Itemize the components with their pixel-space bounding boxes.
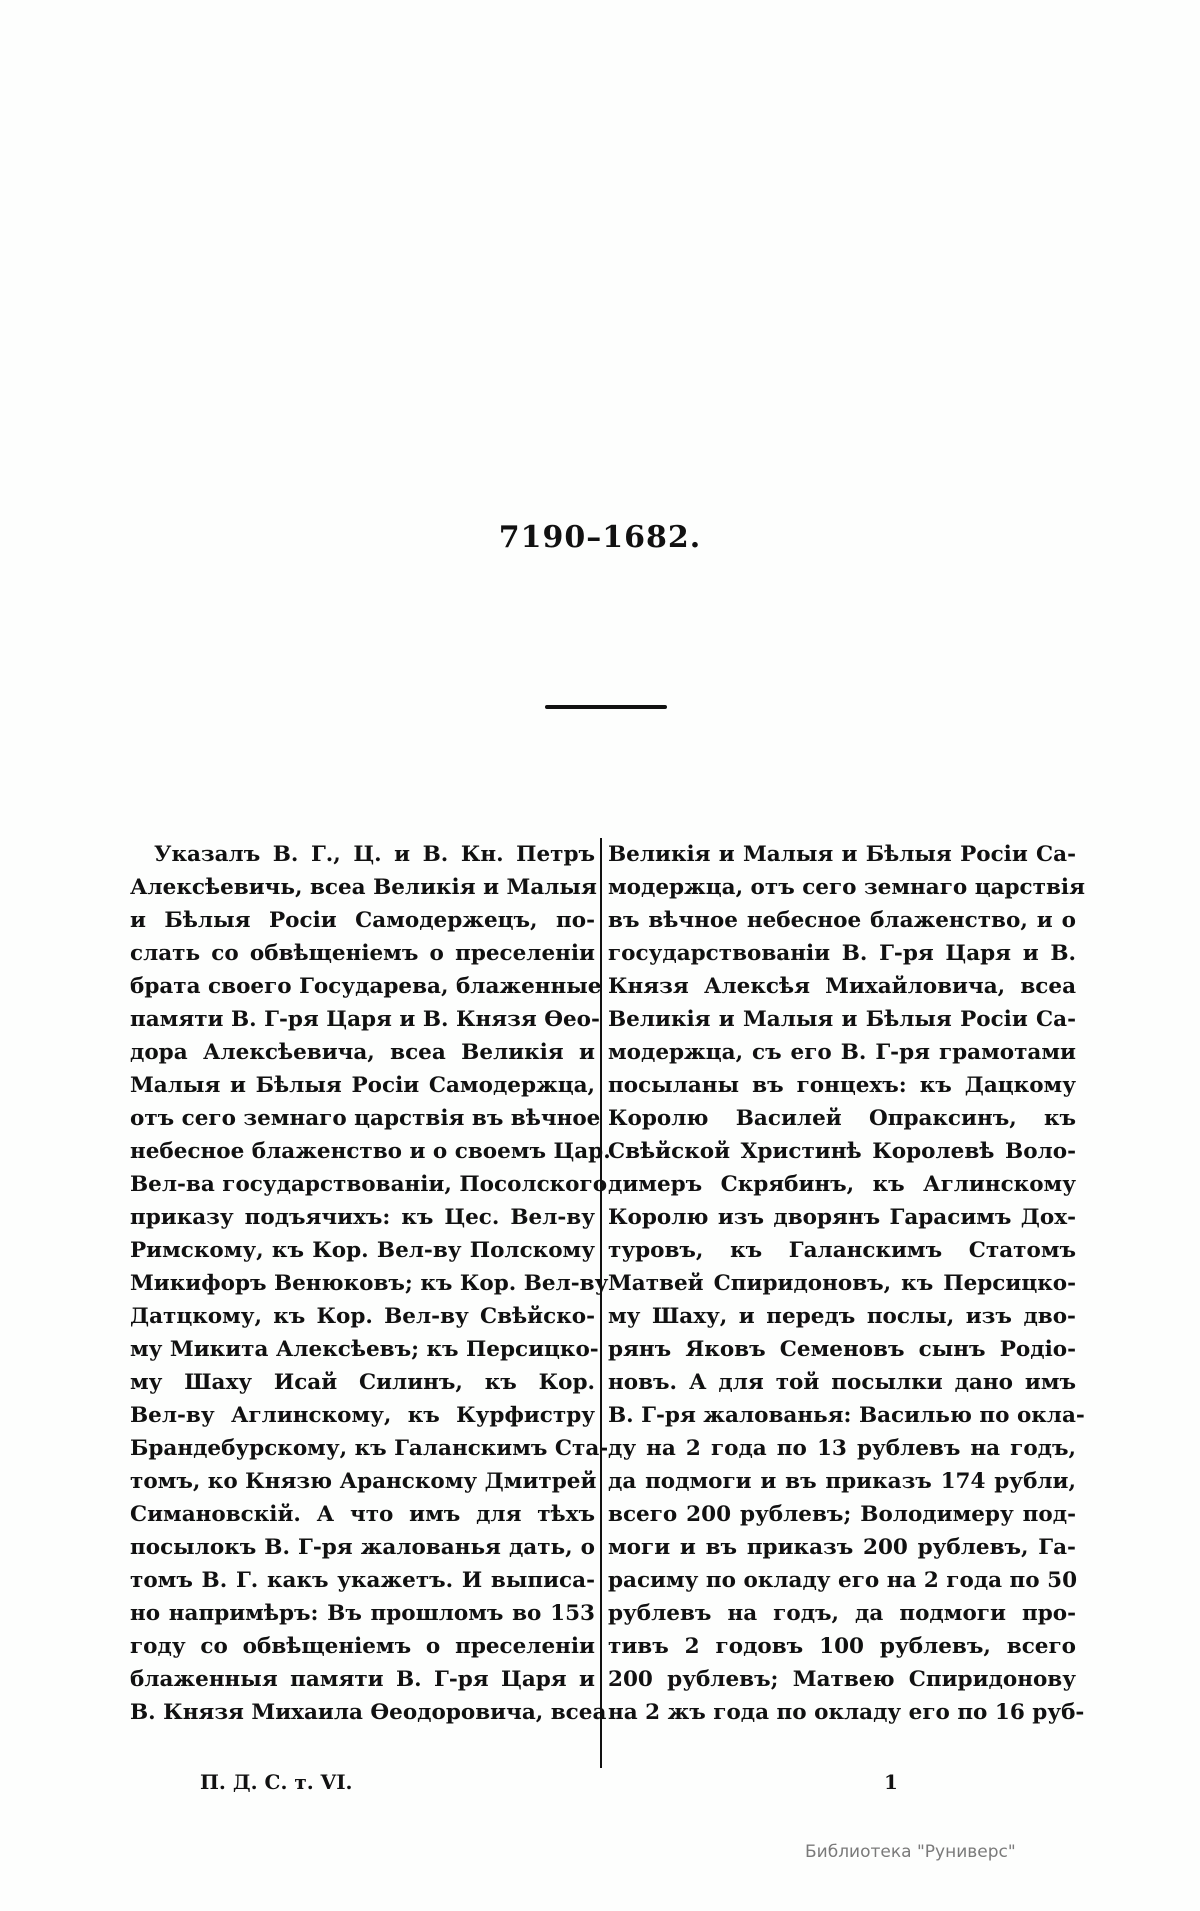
text-line: отъ сего земнаго царствія въ вѣчное <box>130 1102 595 1135</box>
text-line: Вел-ву Аглинскому, къ Курфистру <box>130 1399 595 1432</box>
text-line: посылокъ В. Г-ря жалованья дать, о <box>130 1531 595 1564</box>
text-line: Великія и Малыя и Бѣлыя Росіи Са- <box>608 1003 1076 1036</box>
text-line: небесное блаженство и о своемъ Цар. <box>130 1135 595 1168</box>
text-line: на 2 жъ года по окладу его по 16 руб- <box>608 1696 1076 1729</box>
text-line: всего 200 рублевъ; Володимеру под- <box>608 1498 1076 1531</box>
text-line: му Шаху Исай Силинъ, къ Кор. <box>130 1366 595 1399</box>
text-line: новъ. А для той посылки дано имъ <box>608 1366 1076 1399</box>
text-line: въ вѣчное небесное блаженство, и о <box>608 904 1076 937</box>
text-line: Великія и Малыя и Бѣлыя Росіи Са- <box>608 838 1076 871</box>
text-line: В. Князя Михаила Ѳеодоровича, всеа <box>130 1696 595 1729</box>
text-line: му Шаху, и передъ послы, изъ дво- <box>608 1300 1076 1333</box>
text-line: Указалъ В. Г., Ц. и В. Кн. Петръ <box>130 838 595 871</box>
text-line: Микифоръ Венюковъ; къ Кор. Вел-ву <box>130 1267 595 1300</box>
text-line: томъ, ко Князю Аранскому Дмитрей <box>130 1465 595 1498</box>
right-column: Великія и Малыя и Бѣлыя Росіи Са- модерж… <box>608 838 1076 1729</box>
footer-signature: П. Д. С. т. VI. <box>200 1770 353 1794</box>
text-line: В. Г-ря жалованья: Василью по окла- <box>608 1399 1076 1432</box>
text-line: моги и въ приказъ 200 рублевъ, Га- <box>608 1531 1076 1564</box>
text-line: томъ В. Г. какъ укажетъ. И выписа- <box>130 1564 595 1597</box>
text-line: Вел-ва государствованіи, Посолского <box>130 1168 595 1201</box>
text-line: Князя Алексѣя Михайловича, всеа <box>608 970 1076 1003</box>
text-line: брата своего Государева, блаженные <box>130 970 595 1003</box>
library-watermark: Библиотека "Руниверс" <box>805 1842 1016 1862</box>
text-line: модержца, отъ сего земнаго царствія <box>608 871 1076 904</box>
text-line: но напримѣръ: Въ прошломъ во 153 <box>130 1597 595 1630</box>
text-line: году со обвѣщеніемъ о преселеніи <box>130 1630 595 1663</box>
text-line: димеръ Скрябинъ, къ Аглинскому <box>608 1168 1076 1201</box>
text-line: слать со обвѣщеніемъ о преселеніи <box>130 937 595 970</box>
text-line: дора Алексѣевича, всеа Великія и <box>130 1036 595 1069</box>
text-line: Брандебурскому, къ Галанскимъ Ста- <box>130 1432 595 1465</box>
text-line: тивъ 2 годовъ 100 рублевъ, всего <box>608 1630 1076 1663</box>
text-line: Симановскій. А что имъ для тѣхъ <box>130 1498 595 1531</box>
text-line: Королю изъ дворянъ Гарасимъ Дох- <box>608 1201 1076 1234</box>
column-divider <box>600 838 602 1768</box>
text-line: памяти В. Г-ря Царя и В. Князя Ѳео- <box>130 1003 595 1036</box>
text-line: Алексѣевичь, всеа Великія и Малыя <box>130 871 595 904</box>
title-rule <box>545 705 667 709</box>
text-line: расиму по окладу его на 2 года по 50 <box>608 1564 1076 1597</box>
text-line: Датцкому, къ Кор. Вел-ву Свѣйско- <box>130 1300 595 1333</box>
text-line: Малыя и Бѣлыя Росіи Самодержца, <box>130 1069 595 1102</box>
left-column: Указалъ В. Г., Ц. и В. Кн. Петръ Алексѣе… <box>130 838 595 1729</box>
text-line: да подмоги и въ приказъ 174 рубли, <box>608 1465 1076 1498</box>
text-line: приказу подъячихъ: къ Цес. Вел-ву <box>130 1201 595 1234</box>
text-line: Королю Василей Опраксинъ, къ <box>608 1102 1076 1135</box>
text-line: му Микита Алексѣевъ; къ Персицко- <box>130 1333 595 1366</box>
text-line: государствованіи В. Г-ря Царя и В. <box>608 937 1076 970</box>
text-line: ду на 2 года по 13 рублевъ на годъ, <box>608 1432 1076 1465</box>
text-line: туровъ, къ Галанскимъ Статомъ <box>608 1234 1076 1267</box>
text-line: и Бѣлыя Росіи Самодержецъ, по- <box>130 904 595 937</box>
text-line: блаженныя памяти В. Г-ря Царя и <box>130 1663 595 1696</box>
text-line: Матвей Спиридоновъ, къ Персицко- <box>608 1267 1076 1300</box>
text-line: посыланы въ гонцехъ: къ Дацкому <box>608 1069 1076 1102</box>
text-line: модержца, съ его В. Г-ря грамотами <box>608 1036 1076 1069</box>
page-title: 7190–1682. <box>0 520 1200 555</box>
text-line: Свѣйской Христинѣ Королевѣ Воло- <box>608 1135 1076 1168</box>
page-number: 1 <box>884 1770 898 1794</box>
text-line: рублевъ на годъ, да подмоги про- <box>608 1597 1076 1630</box>
text-line: 200 рублевъ; Матвею Спиридонову <box>608 1663 1076 1696</box>
text-line: рянъ Яковъ Семеновъ сынъ Родіо- <box>608 1333 1076 1366</box>
text-line: Римскому, къ Кор. Вел-ву Полскому <box>130 1234 595 1267</box>
